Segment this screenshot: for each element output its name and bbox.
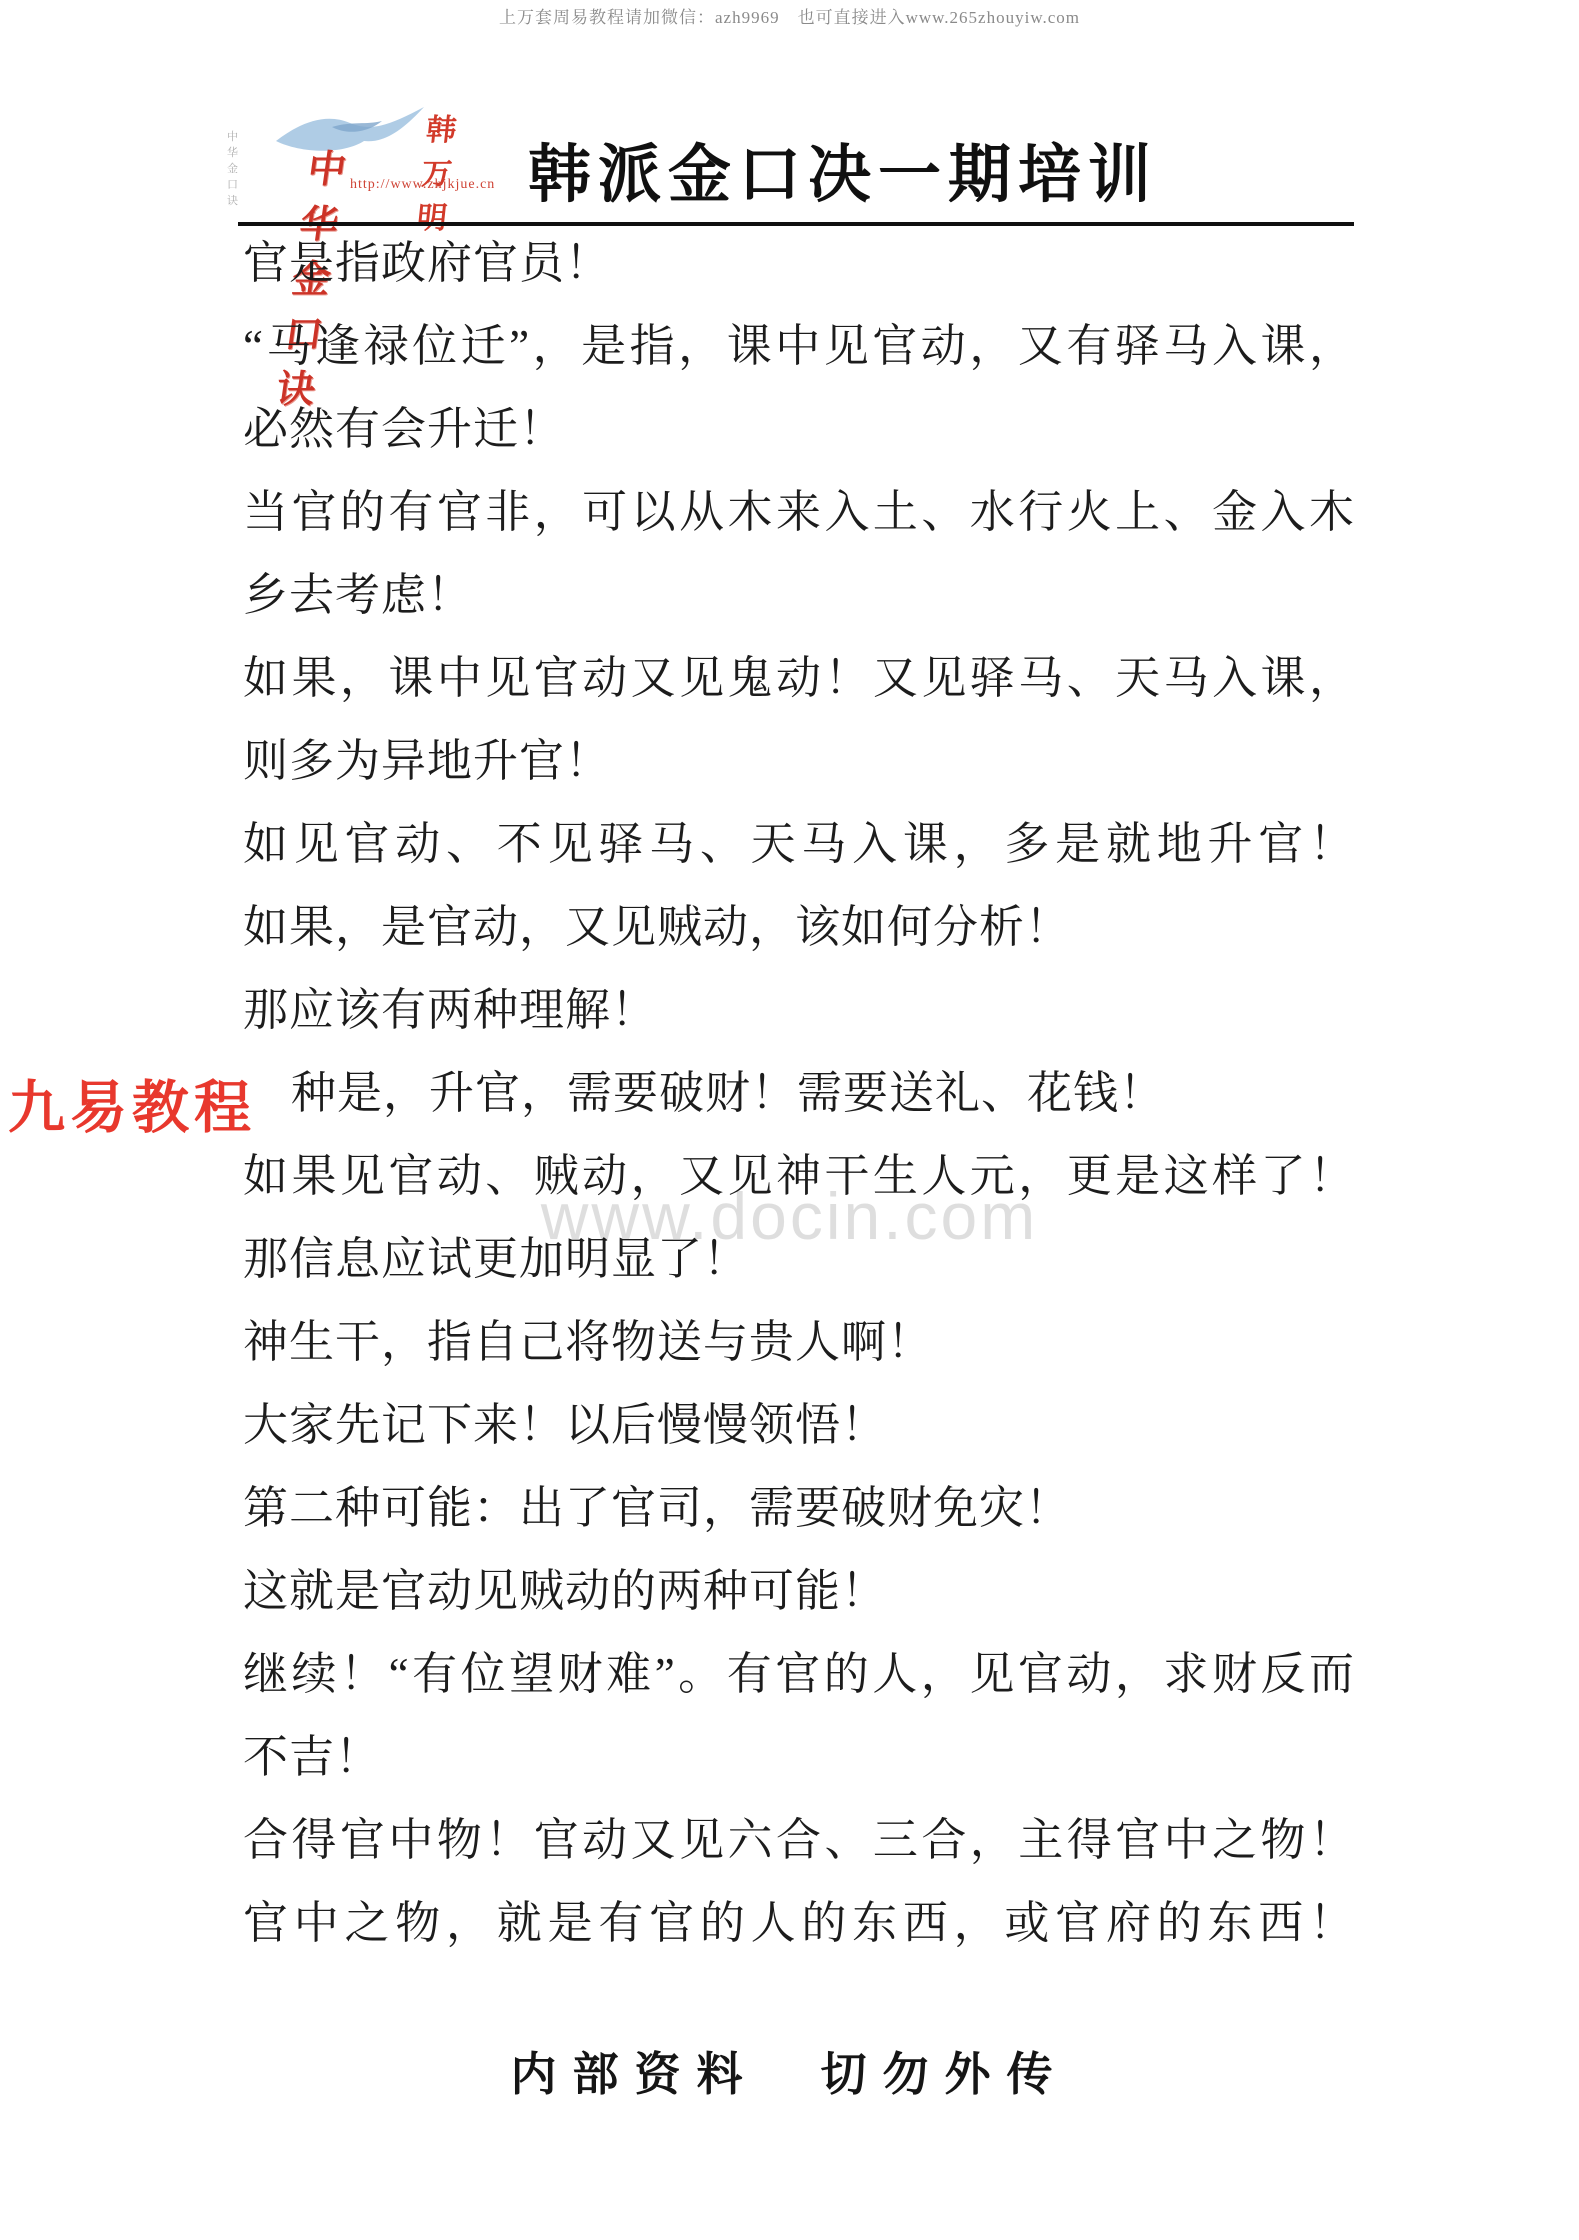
document-page: 上万套周易教程请加微信：azh9969 也可直接进入www.265zhouyiw… xyxy=(0,0,1579,2240)
body-line: 乡去考虑！ xyxy=(243,554,1355,637)
page-title: 韩派金口决一期培训 xyxy=(528,124,1158,215)
body-line: 种是，升官，需要破财！需要送礼、花钱！ xyxy=(243,1052,1355,1135)
body-line: 大家先记下来！以后慢慢领悟！ xyxy=(243,1384,1355,1467)
body-line: 那信息应试更加明显了！ xyxy=(243,1218,1355,1301)
body-text: 官是指政府官员！ “马逢禄位迁”，是指，课中见官动，又有驿马入课， 必然有会升迁… xyxy=(243,222,1355,1965)
body-line: “马逢禄位迁”，是指，课中见官动，又有驿马入课， xyxy=(243,305,1355,388)
body-line: 神生干，指自己将物送与贵人啊！ xyxy=(243,1301,1355,1384)
body-line: 如见官动、不见驿马、天马入课，多是就地升官！ xyxy=(243,803,1355,886)
body-line: 继续！“有位望财难”。有官的人，见官动，求财反而 xyxy=(243,1633,1355,1716)
logo-small-text: 中华金口诀 xyxy=(227,128,240,208)
footer-note: 内部资料 切勿外传 xyxy=(0,2038,1579,2104)
body-line: 如果，是官动，又见贼动，该如何分析！ xyxy=(243,886,1355,969)
body-line: 这就是官动见贼动的两种可能！ xyxy=(243,1550,1355,1633)
body-line: 如果见官动、贼动，又见神干生人元，更是这样了！ xyxy=(243,1135,1355,1218)
logo-url-text: http://www.zhjkjue.cn xyxy=(350,177,495,193)
top-notice: 上万套周易教程请加微信：azh9969 也可直接进入www.265zhouyiw… xyxy=(0,3,1579,28)
body-line: 则多为异地升官！ xyxy=(243,720,1355,803)
body-line: 必然有会升迁！ xyxy=(243,388,1355,471)
body-line: 不吉！ xyxy=(243,1716,1355,1799)
side-brand-badge: 九易教程 xyxy=(8,1062,262,1144)
body-line: 合得官中物！官动又见六合、三合，主得官中之物！ xyxy=(243,1799,1355,1882)
body-line: 如果，课中见官动又见鬼动！又见驿马、天马入课， xyxy=(243,637,1355,720)
body-line: 官是指政府官员！ xyxy=(243,222,1355,305)
body-line: 那应该有两种理解！ xyxy=(243,969,1355,1052)
body-line: 当官的有官非，可以从木来入土、水行火上、金入木 xyxy=(243,471,1355,554)
body-line: 第二种可能：出了官司，需要破财免灾！ xyxy=(243,1467,1355,1550)
body-line: 官中之物，就是有官的人的东西，或官府的东西！ xyxy=(243,1882,1355,1965)
